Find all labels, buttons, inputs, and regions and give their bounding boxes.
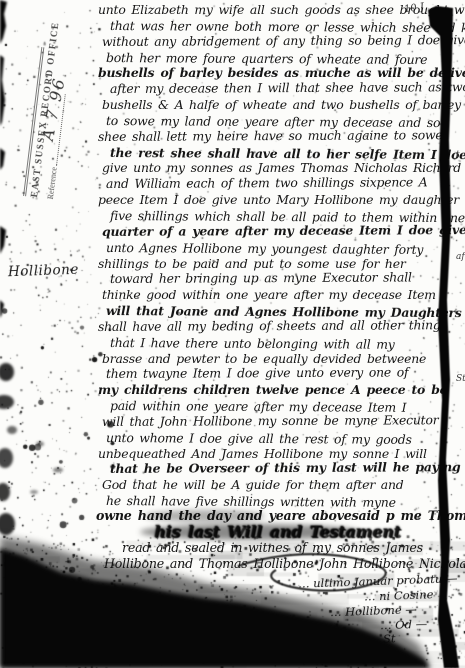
signature-line: Hollibone and Thomas Hollibone John Holl… <box>104 556 465 572</box>
edge-fragment: af <box>456 252 465 262</box>
manuscript-line: the rest shee shall have all to her self… <box>110 145 465 163</box>
signature-line: read and sealed in witnes of my sonnes J… <box>122 540 465 556</box>
manuscript-line: that he be Overseer of this my last will… <box>110 459 465 477</box>
manuscript-body: unto Elizabeth my wife all such goods as… <box>96 2 465 509</box>
probate-clause-fragments: … ultimo Januar probatu —… ni Cosine… Ho… <box>272 574 458 645</box>
signature-line: his last Will and Testament <box>154 524 465 540</box>
manuscript-line: toward her bringing up as myne Executor … <box>110 269 465 287</box>
probate-fragment: ad … St <box>350 629 458 647</box>
manuscript-line: without any abridgement of any thing so … <box>102 32 465 50</box>
manuscript-line: shall have all my beding of sheets and a… <box>98 317 465 335</box>
archive-stamp-reference-label: Reference <box>46 167 59 200</box>
manuscript-line: quarter of a yeare after my decease Item… <box>102 222 465 240</box>
manuscript-line: peece Item I doe give unto Mary Hollibon… <box>98 192 465 208</box>
manuscript-line: will that John Hollibone my sonne be myn… <box>102 412 465 430</box>
manuscript-line: thinke good within one yeare after my de… <box>102 287 465 303</box>
manuscript-line: shee shall lett my heire have so much ag… <box>98 127 465 145</box>
edge-fragment: St <box>456 374 465 384</box>
page-edge-fragments: tafSt <box>456 150 465 384</box>
scanned-document-page: EAST SUSSEX RECORD OFFICE Reference A 7 … <box>0 0 465 668</box>
manuscript-line: unto Agnes Hollibone my youngest daughte… <box>106 240 465 258</box>
manuscript-line: them twayne Item I doe give unto every o… <box>106 364 465 382</box>
manuscript-line: and William each of them two shillings s… <box>106 174 465 192</box>
manuscript-line: my childrens children twelve pence A pee… <box>98 382 465 398</box>
manuscript-signature-block: owne hand the day and yeare abovesaid p … <box>96 508 465 572</box>
manuscript-line: God that he will be A guide for them aft… <box>102 477 465 493</box>
manuscript-line: after my decease then I will that shee h… <box>110 79 465 97</box>
manuscript-line: unto whome I doe give all the rest of my… <box>106 430 465 448</box>
manuscript-line: that I have there unto belonging with al… <box>110 335 465 353</box>
manuscript-line: unto Elizabeth my wife all such goods as… <box>98 2 465 18</box>
edge-fragment: t <box>456 150 465 160</box>
manuscript-line: bushells & A halfe of wheate and two bus… <box>102 97 465 113</box>
margin-note-hollibone: Hollibone <box>8 262 79 280</box>
